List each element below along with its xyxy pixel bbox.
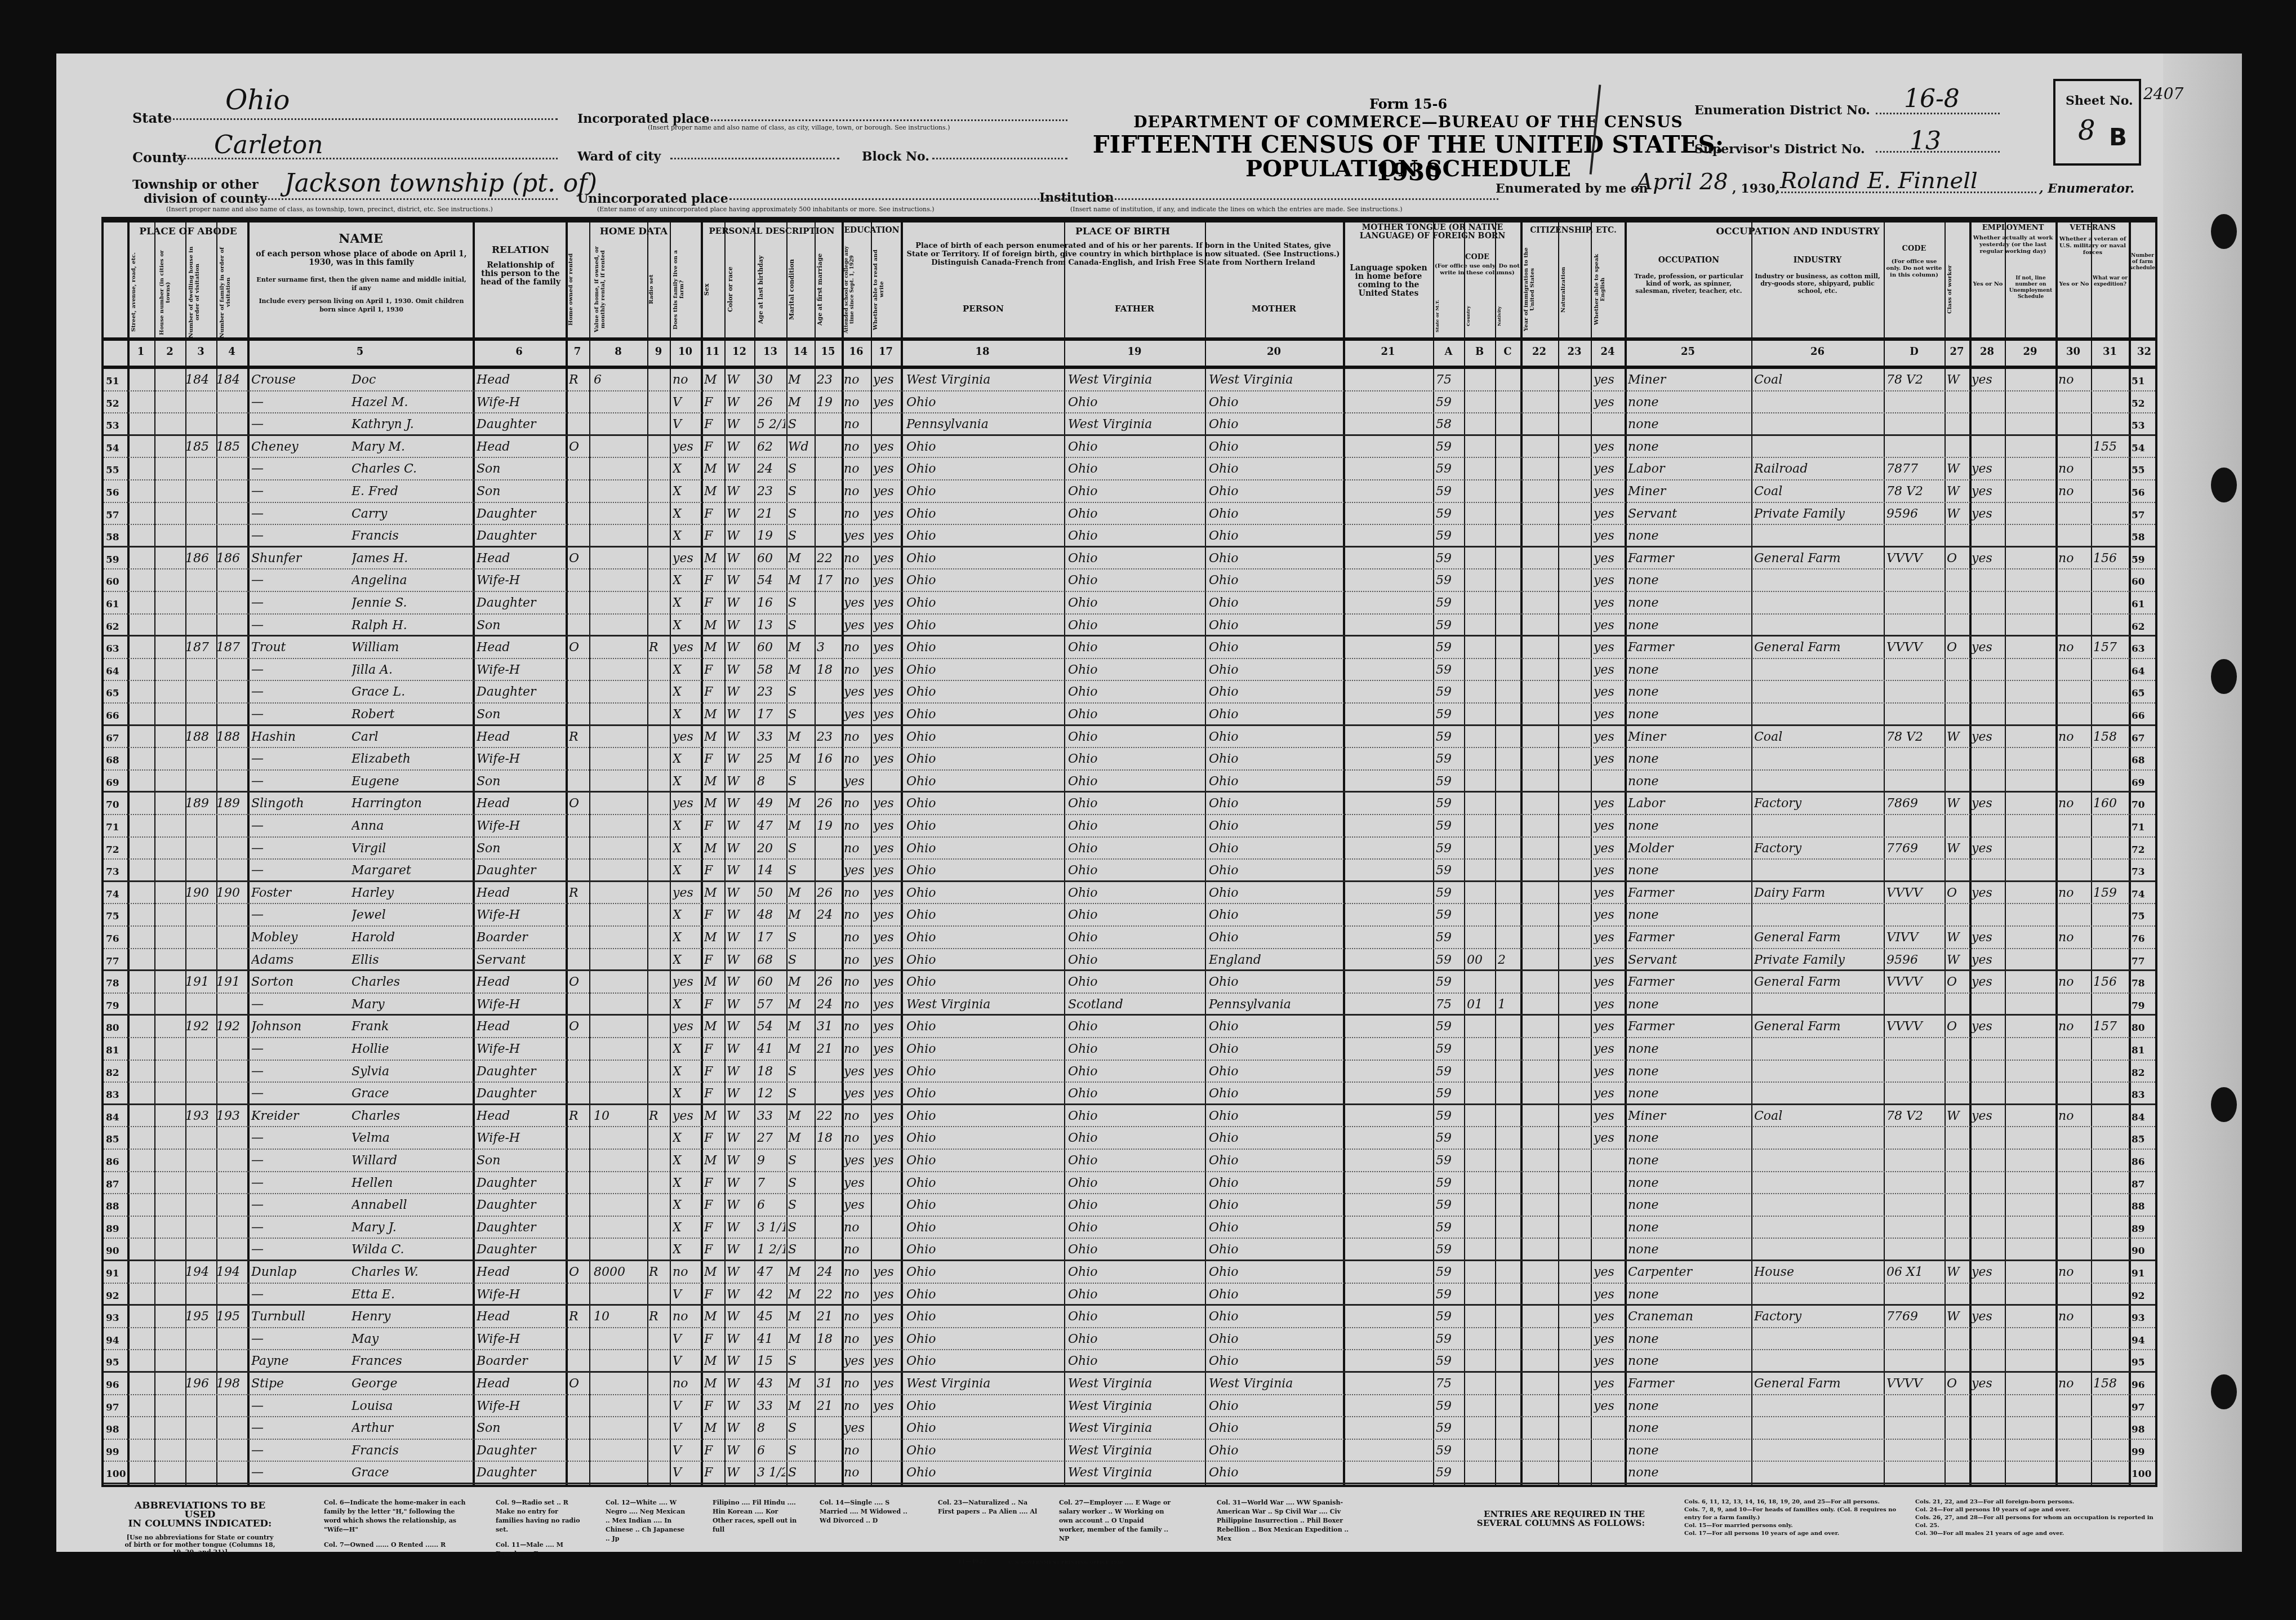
age: 43 [757,1376,785,1392]
line-number-right: 59 [2132,552,2157,568]
line-number: 67 [106,731,126,746]
read-write: yes [873,395,899,411]
father-birthplace: Ohio [1068,974,1203,990]
at-work [1972,1242,2003,1258]
mother-birthplace: Ohio [1209,595,1341,611]
race: W [727,1376,753,1392]
industry: General Farm [1754,1019,1883,1035]
father-birthplace: Ohio [1068,1309,1203,1325]
home-owned: O [569,796,588,812]
age: 49 [757,796,785,812]
occupation-code [1886,907,1944,923]
farm-schedule [2093,1086,2128,1102]
line-number-right: 72 [2132,842,2157,858]
age-first-marriage [817,1443,840,1459]
surname: — [251,707,347,723]
school: yes [844,1198,870,1213]
birthplace: Ohio [906,1131,1063,1146]
veteran [2058,439,2090,455]
father-birthplace: Ohio [1068,1086,1203,1102]
mother-birthplace: Ohio [1209,506,1341,522]
column-number: 12 [724,346,754,358]
given-name: Arthur [351,1421,470,1436]
dwelling-number [185,1354,216,1369]
home-value [594,1042,644,1057]
marital: M [788,573,813,589]
sex: F [704,528,723,544]
read-write: yes [873,528,899,544]
surname: — [251,1220,347,1236]
farm: X [673,1086,700,1102]
family-number [216,1064,247,1080]
code-a: 59 [1436,1176,1464,1191]
code-b [1467,461,1494,477]
line-number: 79 [106,998,126,1014]
age: 8 [757,774,785,790]
speak-english: yes [1594,907,1623,923]
read-write: yes [873,1109,899,1124]
table-row: 9191194194DunlapCharles W.HeadO8000RnoMW… [104,1261,2155,1284]
footer-col27: Col. 27—Employer .... E Wage or salary w… [1059,1498,1172,1543]
father-birthplace: Ohio [1068,796,1203,812]
state-label: State [132,110,172,126]
surname: — [251,618,347,634]
line-number: 69 [106,775,126,791]
home-value [594,1086,644,1102]
marital: S [788,1220,813,1236]
home-owned [569,506,588,522]
occupation-code: 78 V2 [1886,484,1944,500]
home-value [594,885,644,901]
race: W [727,1242,753,1258]
line-number-right: 52 [2132,396,2157,412]
surname: — [251,751,347,767]
veteran [2058,595,2090,611]
read-write: yes [873,640,899,656]
radio-set [649,395,668,411]
line-number-right: 62 [2132,619,2157,635]
read-write: yes [873,1354,899,1369]
radio-set [649,841,668,857]
at-work: yes [1972,841,2003,857]
industry [1754,1220,1883,1236]
code-b [1467,395,1494,411]
dwelling-number [185,1465,216,1481]
code-c [1498,1086,1519,1102]
class-of-worker [1947,1242,1968,1258]
line-number-right: 58 [2132,529,2157,545]
line-number: 70 [106,797,126,813]
given-name: Doc [351,372,470,388]
age-first-marriage [817,484,840,500]
industry [1754,662,1883,678]
age-first-marriage: 19 [817,818,840,834]
home-owned [569,1287,588,1303]
industry: Coal [1754,729,1883,745]
marital: S [788,707,813,723]
line-number: 81 [106,1043,126,1058]
given-name: Charles W. [351,1265,470,1280]
surname: — [251,395,347,411]
age: 19 [757,528,785,544]
code-c [1498,618,1519,634]
column-number: 7 [566,346,589,358]
sex: F [704,1399,723,1414]
table-row: 6565—Grace L.DaughterXFW23SyesyesOhioOhi… [104,681,2155,704]
sex: F [704,506,723,522]
code-c: 1 [1498,997,1519,1013]
industry [1754,1465,1883,1481]
race: W [727,997,753,1013]
father-birthplace: West Virginia [1068,372,1203,388]
age-first-marriage: 22 [817,551,840,567]
radio-set [649,1198,668,1213]
home-owned [569,1198,588,1213]
age: 21 [757,506,785,522]
code-c [1498,1421,1519,1436]
age-first-marriage [817,1354,840,1369]
code-a: 59 [1436,395,1464,411]
home-value [594,818,644,834]
table-row: 7272—VirgilSonXMW20SnoyesOhioOhioOhio59y… [104,838,2155,860]
line-number: 98 [106,1422,126,1437]
father-birthplace: Ohio [1068,1287,1203,1303]
read-write [873,774,899,790]
occupation-code [1886,684,1944,700]
read-write: yes [873,573,899,589]
industry: Coal [1754,1109,1883,1124]
radio-set [649,573,668,589]
occupation: none [1628,573,1750,589]
dwelling-number [185,863,216,879]
speak-english: yes [1594,796,1623,812]
line-number: 61 [106,597,126,612]
age: 58 [757,662,785,678]
entries-8: Col. 30—For all males 21 years of age an… [1915,1530,2157,1538]
column-number: 13 [754,346,786,358]
father-birthplace: Ohio [1068,729,1203,745]
line-number-right: 63 [2132,641,2157,657]
radio-set [649,818,668,834]
home-value [594,528,644,544]
relation: Servant [477,953,564,968]
marital: M [788,997,813,1013]
birthplace: Ohio [906,885,1063,901]
mt-code-desc: (For office use only. Do not write in th… [1434,263,1520,277]
dwelling-number [185,1332,216,1347]
industry [1754,573,1883,589]
hdr-at-work: Yes or No [1972,281,2004,288]
given-name: Francis [351,528,470,544]
relation: Son [477,841,564,857]
age: 9 [757,1153,785,1169]
line-number-right: 51 [2132,373,2157,389]
age-first-marriage: 18 [817,1131,840,1146]
read-write: yes [873,484,899,500]
home-owned [569,1153,588,1169]
table-row: 8484193193KreiderCharlesHeadR10RyesMW33M… [104,1105,2155,1128]
block-label: Block No. [862,149,929,164]
dwelling-number [185,573,216,589]
birthplace: Ohio [906,1443,1063,1459]
relation: Head [477,640,564,656]
dwelling-number [185,1242,216,1258]
class-of-worker [1947,439,1968,455]
relation: Wife-H [477,395,564,411]
group-veterans: VETERANS [2057,224,2129,232]
farm-schedule [2093,662,2128,678]
home-owned [569,907,588,923]
birthplace: Pennsylvania [906,417,1063,433]
occupation: none [1628,751,1750,767]
given-name: Mary J. [351,1220,470,1236]
surname: — [251,1465,347,1481]
hdr-value: Value of home, if owned, or monthly rent… [594,244,644,335]
family-number [216,1354,247,1369]
race: W [727,1399,753,1414]
line-number-right: 90 [2132,1243,2157,1259]
code-b [1467,1421,1494,1436]
home-value [594,551,644,567]
code-b [1467,1399,1494,1414]
marital: S [788,841,813,857]
table-row: 7676MobleyHaroldBoarderXMW17SnoyesOhioOh… [104,927,2155,949]
relation: Son [477,461,564,477]
age: 5 2/12 [757,417,785,433]
race: W [727,417,753,433]
given-name: Jewel [351,907,470,923]
race: W [727,439,753,455]
race: W [727,1309,753,1325]
age: 26 [757,395,785,411]
birthplace: Ohio [906,818,1063,834]
code-b [1467,907,1494,923]
sheet-side: B [2109,123,2127,151]
line-number-right: 95 [2132,1355,2157,1370]
occupation: Servant [1628,953,1750,968]
at-work: yes [1972,484,2003,500]
code-c [1498,1042,1519,1057]
veterans-desc: Whether a veteran of U.S. military or na… [2058,236,2128,256]
code-a: 59 [1436,974,1464,990]
mother-birthplace: Ohio [1209,640,1341,656]
race: W [727,974,753,990]
father-birthplace: Ohio [1068,1019,1203,1035]
dwelling-number [185,1131,216,1146]
mother-birthplace: Ohio [1209,885,1341,901]
hdr-farm: Does this family live on a farm? [673,244,698,335]
code-b [1467,640,1494,656]
age-first-marriage: 21 [817,1399,840,1414]
class-of-worker [1947,417,1968,433]
race: W [727,372,753,388]
class-of-worker [1947,1064,1968,1080]
occupation-code: 7877 [1886,461,1944,477]
birthplace: Ohio [906,1109,1063,1124]
mother-birthplace: Ohio [1209,1265,1341,1280]
birthplace: Ohio [906,395,1063,411]
read-write: yes [873,1376,899,1392]
sex: F [704,953,723,968]
school: no [844,1399,870,1414]
relation: Head [477,439,564,455]
marital: S [788,1242,813,1258]
sex: F [704,395,723,411]
entries-title: ENTRIES ARE REQUIRED IN THE SEVERAL COLU… [1442,1510,1645,1528]
line-number: 93 [106,1310,126,1326]
occupation-desc: Trade, profession, or particular kind of… [1629,273,1748,295]
relation: Daughter [477,417,564,433]
table-row: 5555—Charles C.SonXMW24SnoyesOhioOhioOhi… [104,458,2155,480]
farm: X [673,528,700,544]
table-row: 7575—JewelWife-HXFW48M24noyesOhioOhioOhi… [104,904,2155,927]
line-number-right: 79 [2132,998,2157,1014]
column-number: 30 [2055,346,2091,358]
code-a: 59 [1436,1064,1464,1080]
column-number: 32 [2129,346,2160,358]
code-b [1467,841,1494,857]
column-number: 21 [1343,346,1433,358]
family-number [216,1220,247,1236]
age-first-marriage [817,417,840,433]
code-b [1467,1309,1494,1325]
farm: X [673,684,700,700]
hdr-code-a: State or M.T. [1434,298,1463,335]
dwelling-number [185,595,216,611]
hdr-radio: Radio set [648,244,669,335]
binder-hole [2211,468,2237,502]
footer-printer: U. S. GOVERNMENT PRINTING OFFICE 1930 [1008,1557,1123,1566]
occupation: Miner [1628,1109,1750,1124]
home-owned [569,1220,588,1236]
school: no [844,573,870,589]
marital: S [788,595,813,611]
home-value [594,461,644,477]
class-of-worker [1947,997,1968,1013]
occupation: none [1628,1176,1750,1191]
radio-set [649,707,668,723]
age: 3 1/12 [757,1220,785,1236]
race: W [727,1265,753,1280]
veteran [2058,417,2090,433]
line-number: 62 [106,619,126,635]
veteran: no [2058,551,2090,567]
code-b [1467,372,1494,388]
occupation: Miner [1628,484,1750,500]
given-name: Jilla A. [351,662,470,678]
home-value: 10 [594,1309,644,1325]
speak-english: yes [1594,595,1623,611]
occupation-code [1886,1354,1944,1369]
school: no [844,1465,870,1481]
speak-english: yes [1594,1332,1623,1347]
given-name: Louisa [351,1399,470,1414]
given-name: Willard [351,1153,470,1169]
column-number: 1 [127,346,154,358]
state-line [169,118,558,120]
mother-birthplace: Ohio [1209,841,1341,857]
age-first-marriage: 24 [817,997,840,1013]
farm: X [673,907,700,923]
father-birthplace: Ohio [1068,595,1203,611]
column-number: 8 [589,346,647,358]
family-number [216,528,247,544]
veteran [2058,528,2090,544]
surname: — [251,1332,347,1347]
school: yes [844,707,870,723]
population-table: PLACE OF ABODE NAME of each person whose… [101,217,2157,1487]
at-work [1972,1399,2003,1414]
dwelling-number [185,1198,216,1213]
entries-left: Cols. 6, 11, 12, 13, 14, 16, 18, 19, 20,… [1684,1498,1904,1538]
line-number-right: 81 [2132,1043,2157,1058]
birthplace: Ohio [906,461,1063,477]
occupation-code: 9596 [1886,506,1944,522]
race: W [727,573,753,589]
occupation: none [1628,684,1750,700]
at-work: yes [1972,729,2003,745]
class-of-worker: W [1947,1309,1968,1325]
class-of-worker: O [1947,1019,1968,1035]
father-birthplace: Ohio [1068,1332,1203,1347]
code-c [1498,461,1519,477]
age: 54 [757,573,785,589]
table-row: 7474190190FosterHarleyHeadRyesMW50M26noy… [104,882,2155,905]
line-number: 56 [106,485,126,501]
occupation: Servant [1628,506,1750,522]
family-number [216,484,247,500]
relation: Wife-H [477,1332,564,1347]
industry [1754,1332,1883,1347]
age: 33 [757,1399,785,1414]
school: no [844,417,870,433]
farm-schedule [2093,573,2128,589]
state-value: Ohio [225,84,290,116]
sex: M [704,885,723,901]
table-row: 6161—Jennie S.DaughterXFW16SyesyesOhioOh… [104,592,2155,615]
marital: S [788,1443,813,1459]
line-number-right: 78 [2132,976,2157,991]
given-name: Henry [351,1309,470,1325]
age-first-marriage [817,863,840,879]
read-write: yes [873,1309,899,1325]
radio-set [649,417,668,433]
father-birthplace: Ohio [1068,1064,1203,1080]
abbrev-title: ABBREVIATIONS TO BE USED IN COLUMNS INDI… [124,1501,276,1556]
race: W [727,1287,753,1303]
entries-right: Cols. 21, 22, and 23—For all foreign-bor… [1915,1498,2157,1538]
home-value [594,395,644,411]
dwelling-number [185,1153,216,1169]
occupation: none [1628,1443,1750,1459]
class-of-worker [1947,1131,1968,1146]
age-first-marriage: 3 [817,640,840,656]
veteran: no [2058,640,2090,656]
industry [1754,684,1883,700]
occupation-code [1886,439,1944,455]
occupation: Farmer [1628,974,1750,990]
family-number: 190 [216,885,247,901]
home-owned [569,1399,588,1414]
family-number: 198 [216,1376,247,1392]
home-owned: R [569,729,588,745]
family-number: 187 [216,640,247,656]
code-a: 59 [1436,1220,1464,1236]
code-c [1498,662,1519,678]
race: W [727,1042,753,1057]
sex: M [704,707,723,723]
veteran [2058,1443,2090,1459]
